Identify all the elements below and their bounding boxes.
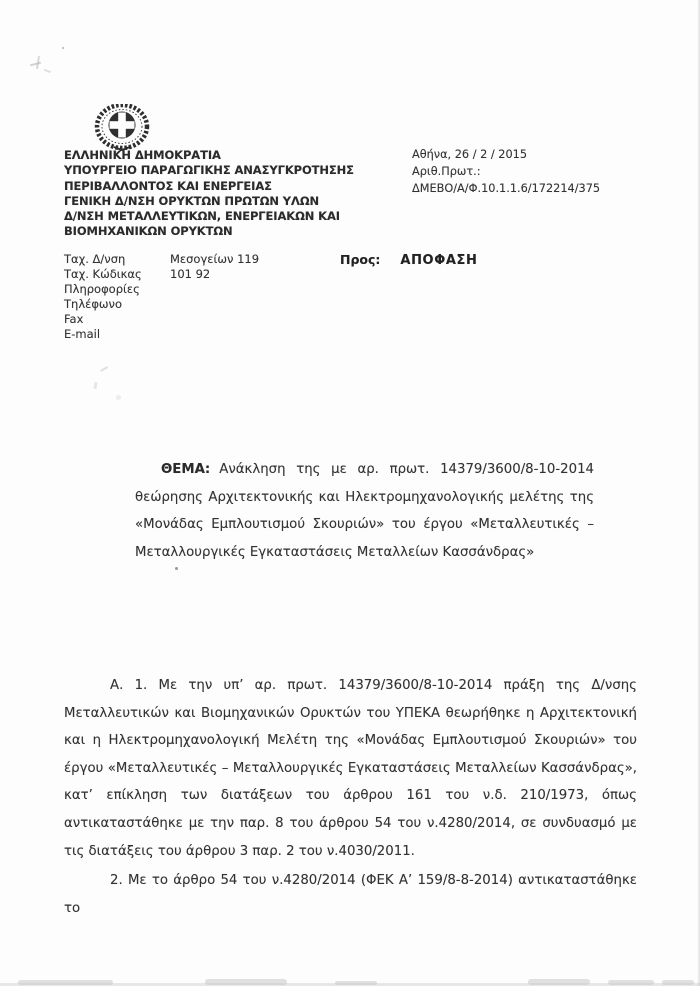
- body-paragraph-2: 2. Με το άρθρο 54 του ν.4280/2014 (ΦΕΚ Α…: [64, 867, 637, 922]
- document-body: Α. 1. Με την υπ’ αρ. πρωτ. 14379/3600/8-…: [64, 672, 637, 922]
- recipient-line: Προς:ΑΠΟΦΑΣΗ: [340, 252, 477, 268]
- contact-label: Τηλέφωνο: [64, 297, 170, 312]
- contact-row: Ταχ. Κώδικας 101 92: [64, 267, 259, 282]
- subject-paragraph: ΘΕΜΑ:Ανάκληση της με αρ. πρωτ. 14379/360…: [135, 456, 594, 566]
- protocol-number: ΔΜΕΒΟ/Α/Φ.10.1.1.6/172214/375: [412, 181, 682, 198]
- scan-edge-blotch: [205, 979, 287, 985]
- contact-label: Fax: [64, 312, 170, 327]
- city-date: Αθήνα, 26 / 2 / 2015: [412, 147, 682, 164]
- scan-smudge: [116, 395, 121, 400]
- scan-edge-blotch: [662, 980, 694, 985]
- org-line: ΕΛΛΗΝΙΚΗ ΔΗΜΟΚΡΑΤΙΑ: [64, 148, 424, 163]
- org-line: ΥΠΟΥΡΓΕΙΟ ΠΑΡΑΓΩΓΙΚΗΣ ΑΝΑΣΥΓΚΡΟΤΗΣΗΣ: [64, 163, 424, 178]
- protocol-label: Αριθ.Πρωτ.:: [412, 164, 682, 181]
- subject-label: ΘΕΜΑ:: [161, 462, 210, 477]
- protocol-block: Αθήνα, 26 / 2 / 2015 Αριθ.Πρωτ.: ΔΜΕΒΟ/Α…: [412, 147, 682, 197]
- contact-label: E-mail: [64, 327, 170, 342]
- contact-value: 101 92: [170, 267, 210, 282]
- contact-block: Ταχ. Δ/νση Μεσογείων 119 Ταχ. Κώδικας 10…: [64, 252, 259, 343]
- scan-edge-blotch: [528, 979, 590, 985]
- org-line: ΒΙΟΜΗΧΑΝΙΚΩΝ ΟΡΥΚΤΩΝ: [64, 224, 424, 239]
- contact-row: Ταχ. Δ/νση Μεσογείων 119: [64, 252, 259, 267]
- scan-smudge: [36, 56, 40, 69]
- scan-smudge: [100, 366, 108, 371]
- contact-value: Μεσογείων 119: [170, 252, 259, 267]
- org-line: ΓΕΝΙΚΗ Δ/ΝΣΗ ΟΡΥΚΤΩΝ ΠΡΩΤΩΝ ΥΛΩΝ: [64, 194, 424, 209]
- scan-edge-blotch: [608, 980, 654, 985]
- ministry-header-block: ΕΛΛΗΝΙΚΗ ΔΗΜΟΚΡΑΤΙΑ ΥΠΟΥΡΓΕΙΟ ΠΑΡΑΓΩΓΙΚΗ…: [64, 148, 424, 240]
- org-line: ΠΕΡΙΒΑΛΛΟΝΤΟΣ ΚΑΙ ΕΝΕΡΓΕΙΑΣ: [64, 179, 424, 194]
- scanned-document-page: ΕΛΛΗΝΙΚΗ ΔΗΜΟΚΡΑΤΙΑ ΥΠΟΥΡΓΕΙΟ ΠΑΡΑΓΩΓΙΚΗ…: [0, 0, 700, 986]
- body-paragraph-a1: Α. 1. Με την υπ’ αρ. πρωτ. 14379/3600/8-…: [64, 672, 637, 865]
- org-line: Δ/ΝΣΗ ΜΕΤΑΛΛΕΥΤΙΚΩΝ, ΕΝΕΡΓΕΙΑΚΩΝ ΚΑΙ: [64, 209, 424, 224]
- recipient-label: Προς:: [340, 252, 380, 267]
- scan-edge-blotch: [335, 981, 377, 985]
- greek-coat-of-arms-icon: [94, 104, 150, 152]
- contact-row: Πληροφορίες: [64, 282, 259, 297]
- scan-edge-blotch: [18, 980, 113, 985]
- scan-smudge: [44, 69, 51, 73]
- recipient-value: ΑΠΟΦΑΣΗ: [400, 253, 477, 268]
- contact-label: Ταχ. Δ/νση: [64, 252, 170, 267]
- contact-label: Ταχ. Κώδικας: [64, 267, 170, 282]
- contact-row: E-mail: [64, 327, 259, 342]
- contact-label: Πληροφορίες: [64, 282, 170, 297]
- scan-speck: [175, 567, 178, 570]
- contact-row: Τηλέφωνο: [64, 297, 259, 312]
- scan-smudge: [94, 382, 98, 389]
- contact-row: Fax: [64, 312, 259, 327]
- scan-smudge: [30, 62, 41, 67]
- scan-speck: [62, 47, 64, 49]
